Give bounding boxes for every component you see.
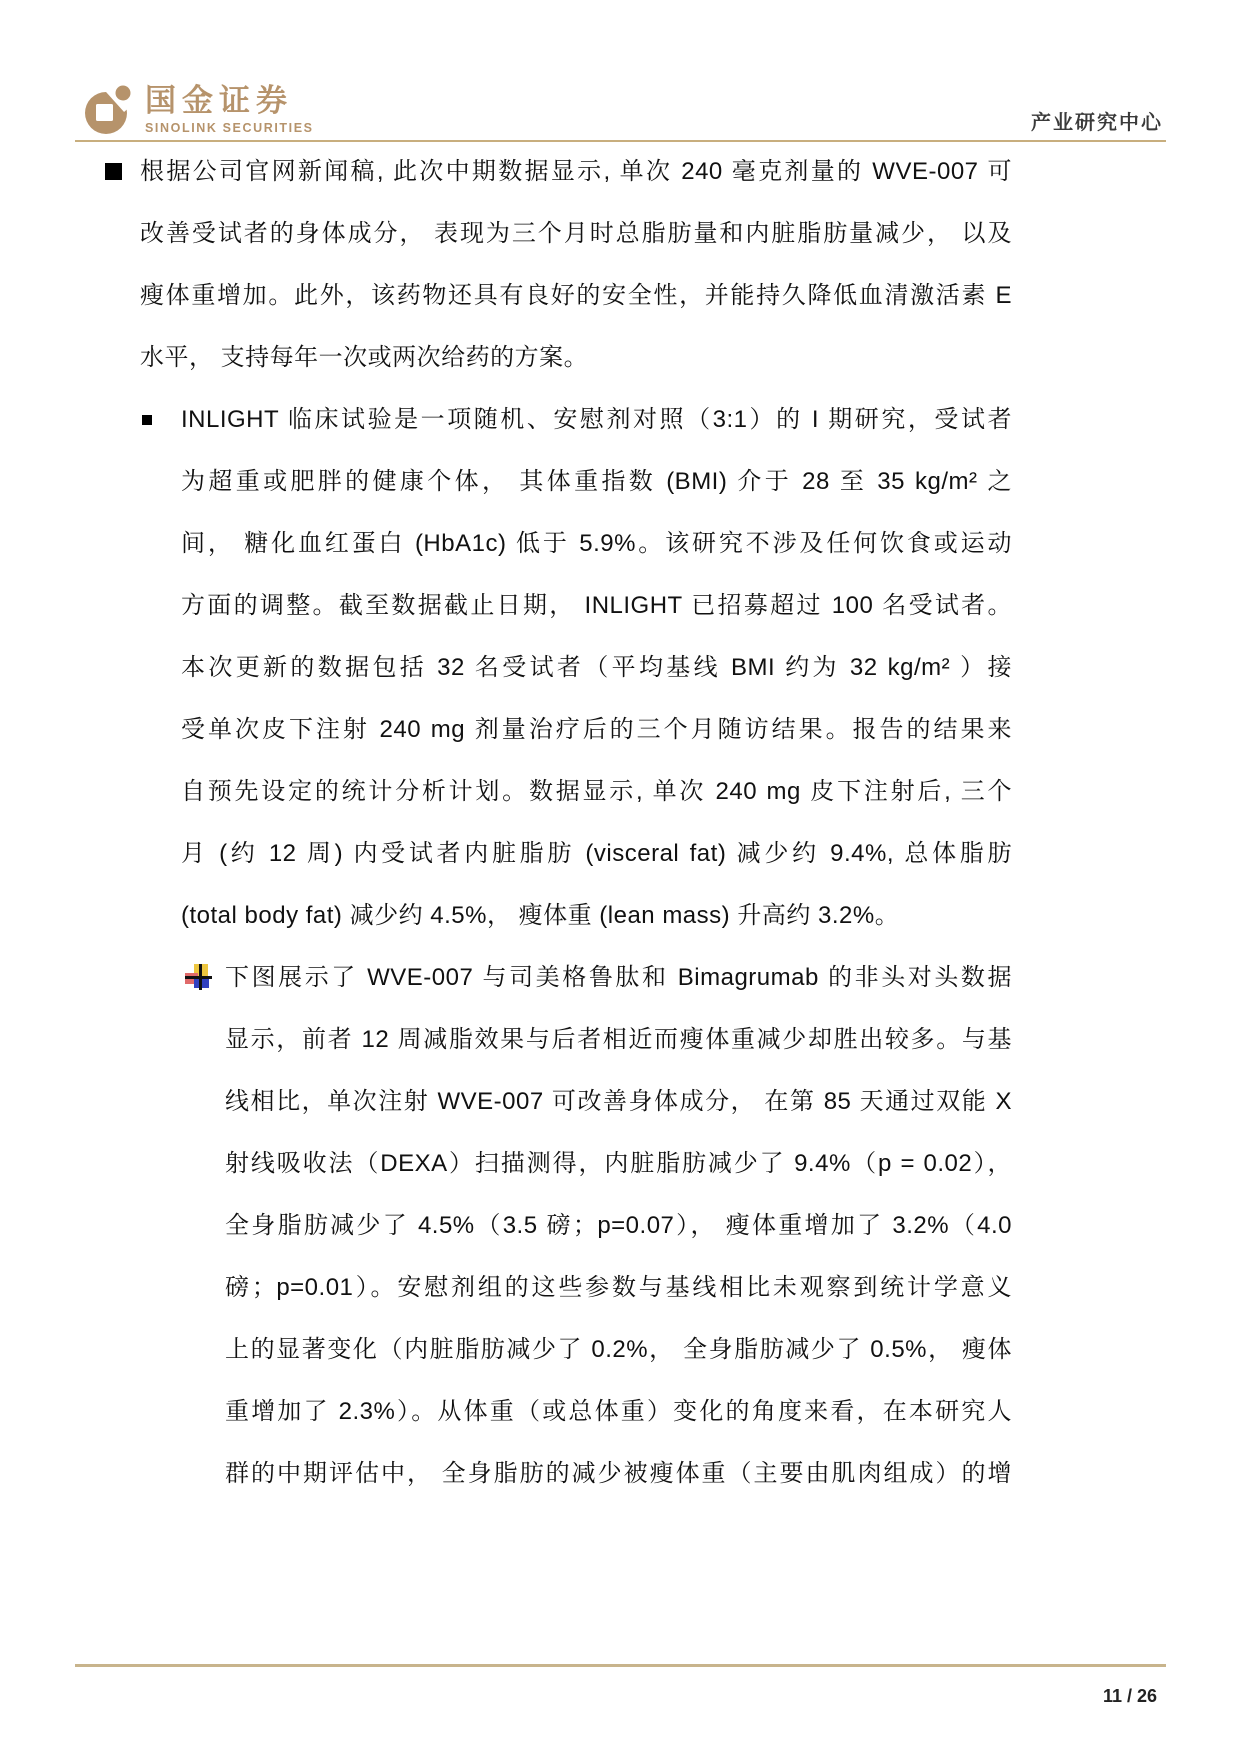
text-line: INLIGHT 临床试验是一项随机、安慰剂对照（3:1）的 I 期研究，受试者 — [181, 389, 1012, 451]
text-line: 自预先设定的统计分析计划。数据显示, 单次 240 mg 皮下注射后, 三个 — [181, 761, 1012, 823]
text-line: 重增加了 2.3%）。从体重（或总体重）变化的角度来看，在本研究人 — [225, 1381, 1012, 1443]
text-line: 全身脂肪减少了 4.5%（3.5 磅；p=0.07）， 瘦体重增加了 3.2%（… — [225, 1195, 1012, 1257]
text-line: 显示，前者 12 周减脂效果与后者相近而瘦体重减少却胜出较多。与基 — [225, 1009, 1012, 1071]
text-line: 月 (约 12 周) 内受试者内脏脂肪 (visceral fat) 减少约 9… — [181, 823, 1012, 885]
bullet-column — [105, 141, 140, 389]
bullet-column — [140, 389, 181, 947]
paragraph-lines: INLIGHT 临床试验是一项随机、安慰剂对照（3:1）的 I 期研究，受试者 … — [181, 389, 1012, 947]
report-page: 国金证券 SINOLINK SECURITIES 产业研究中心 根据公司官网新闻… — [0, 0, 1241, 1754]
text-line: (total body fat) 减少约 4.5%， 瘦体重 (lean mas… — [181, 885, 1012, 947]
black-square-bullet-icon — [105, 163, 122, 180]
text-line: 改善受试者的身体成分， 表现为三个月时总脂肪量和内脏脂肪量减少， 以及 — [140, 203, 1012, 265]
footer-divider — [75, 1664, 1166, 1667]
paragraph-level2: INLIGHT 临床试验是一项随机、安慰剂对照（3:1）的 I 期研究，受试者 … — [140, 389, 1012, 947]
logo-text: 国金证券 SINOLINK SECURITIES — [145, 85, 314, 135]
paragraph-lines: 根据公司官网新闻稿, 此次中期数据显示, 单次 240 毫克剂量的 WVE-00… — [140, 141, 1012, 389]
text-line: 瘦体重增加。此外，该药物还具有良好的安全性，并能持久降低血清激活素 E — [140, 265, 1012, 327]
text-line: 射线吸收法（DEXA）扫描测得，内脏脂肪减少了 9.4%（p = 0.02）， — [225, 1133, 1012, 1195]
department-title: 产业研究中心 — [1031, 106, 1163, 135]
small-square-bullet-icon — [142, 415, 152, 425]
page-number: 11 / 26 — [1103, 1686, 1157, 1707]
text-line: 线相比，单次注射 WVE-007 可改善身体成分， 在第 85 天通过双能 X — [225, 1071, 1012, 1133]
text-line: 磅；p=0.01）。安慰剂组的这些参数与基线相比未观察到统计学意义 — [225, 1257, 1012, 1319]
text-line: 群的中期评估中， 全身脂肪的减少被瘦体重（主要由肌肉组成）的增 — [225, 1443, 1012, 1505]
text-line: 上的显著变化（内脏脂肪减少了 0.2%， 全身脂肪减少了 0.5%， 瘦体 — [225, 1319, 1012, 1381]
text-line: 下图展示了 WVE-007 与司美格鲁肽和 Bimagrumab 的非头对头数据 — [225, 947, 1012, 1009]
text-line: 方面的调整。截至数据截止日期， INLIGHT 已招募超过 100 名受试者。 — [181, 575, 1012, 637]
sinolink-logo-icon — [85, 84, 133, 136]
text-line: 水平， 支持每年一次或两次给药的方案。 — [140, 327, 1012, 389]
text-line: 为超重或肥胖的健康个体， 其体重指数 (BMI) 介于 28 至 35 kg/m… — [181, 451, 1012, 513]
paragraph-level1: 根据公司官网新闻稿, 此次中期数据显示, 单次 240 毫克剂量的 WVE-00… — [105, 141, 1012, 389]
logo-name-cn: 国金证券 — [145, 85, 314, 116]
logo-name-en: SINOLINK SECURITIES — [145, 122, 314, 135]
text-line: 受单次皮下注射 240 mg 剂量治疗后的三个月随访结果。报告的结果来 — [181, 699, 1012, 761]
paragraph-lines: 下图展示了 WVE-007 与司美格鲁肽和 Bimagrumab 的非头对头数据… — [225, 947, 1012, 1505]
text-line: 间， 糖化血红蛋白 (HbA1c) 低于 5.9%。该研究不涉及任何饮食或运动 — [181, 513, 1012, 575]
company-logo: 国金证券 SINOLINK SECURITIES — [85, 84, 314, 136]
icon-cross-horizontal — [185, 976, 212, 979]
bullet-column — [185, 947, 225, 1505]
text-line: 本次更新的数据包括 32 名受试者（平均基线 BMI 约为 32 kg/m² ）… — [181, 637, 1012, 699]
paragraph-level3: 下图展示了 WVE-007 与司美格鲁肽和 Bimagrumab 的非头对头数据… — [185, 947, 1012, 1505]
colored-squares-cross-icon — [185, 964, 212, 991]
text-line: 根据公司官网新闻稿, 此次中期数据显示, 单次 240 毫克剂量的 WVE-00… — [140, 141, 1012, 203]
